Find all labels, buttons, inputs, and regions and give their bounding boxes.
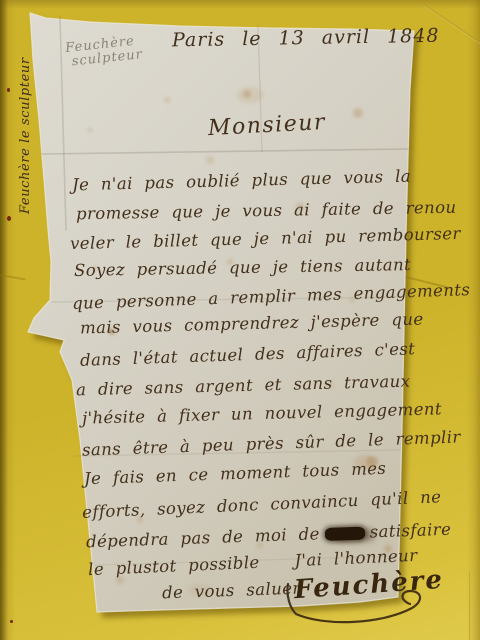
paper-sheet (28, 13, 414, 612)
letter-paper (0, 0, 480, 640)
photo-of-letter: Feuchère le sculpteur Feuchère sculpteur… (0, 0, 480, 640)
